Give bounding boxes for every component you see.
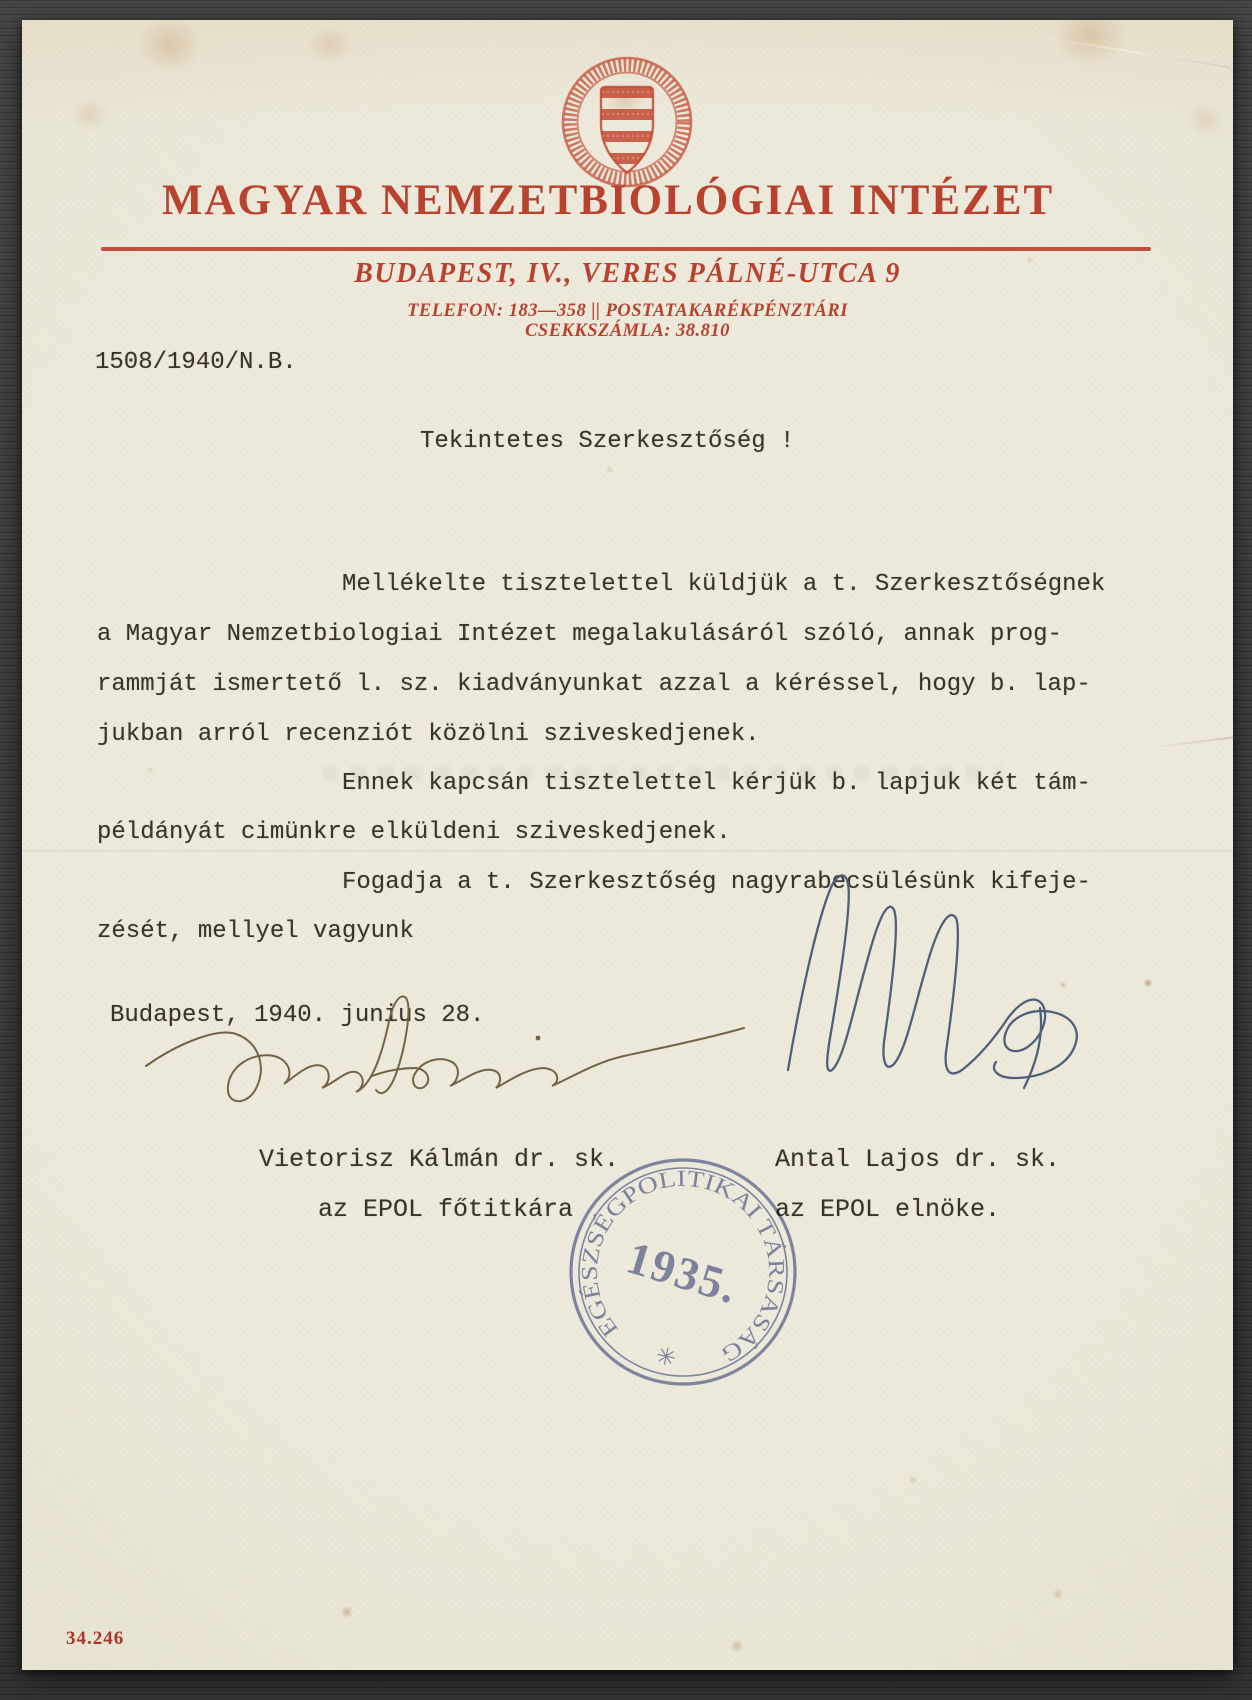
signature-left-handwriting xyxy=(140,970,760,1130)
body-line: Ennek kapcsán tisztelettel kérjük b. lap… xyxy=(342,770,1091,797)
signature-right-handwriting xyxy=(700,860,1100,1090)
signer-right-name: Antal Lajos dr. sk. xyxy=(775,1145,1060,1174)
stamp-star-icon: ✳ xyxy=(653,1341,678,1373)
archive-number: 34.246 xyxy=(66,1628,124,1650)
letterhead-rule xyxy=(101,247,1151,251)
edge-crease xyxy=(1140,736,1235,750)
salutation: Tekintetes Szerkesztőség ! xyxy=(420,428,794,455)
signer-left-title: az EPOL főtitkára xyxy=(318,1195,573,1224)
body-line: Mellékelte tisztelettel küldjük a t. Sze… xyxy=(342,571,1105,598)
organization-name: MAGYAR NEMZETBIOLÓGIAI INTÉZET xyxy=(22,176,1194,225)
letterhead-phone: TELEFON: 183—358 || POSTATAKARÉKPÉNZTÁRI xyxy=(22,301,1233,322)
stamp-year-text: 1935. xyxy=(621,1232,744,1314)
letterhead-address: BUDAPEST, IV., VERES PÁLNÉ-UTCA 9 xyxy=(22,258,1233,290)
body-line: jukban arról recenziót közölni szivesked… xyxy=(97,721,760,748)
body-line: zését, mellyel vagyunk xyxy=(97,918,414,945)
signer-right-title: az EPOL elnöke. xyxy=(775,1195,1000,1224)
letterhead-account: CSEKKSZÁMLA: 38.810 xyxy=(22,321,1233,342)
body-line: példányát cimünkre elküldeni sziveskedje… xyxy=(97,819,731,846)
letter-paper: MAGYAR NEMZETBIOLÓGIAI INTÉZET BUDAPEST,… xyxy=(22,20,1233,1670)
scanned-letter-photo: MAGYAR NEMZETBIOLÓGIAI INTÉZET BUDAPEST,… xyxy=(0,0,1252,1700)
coat-of-arms-seal-icon xyxy=(557,52,697,192)
fold-crease xyxy=(22,850,1233,854)
society-rubber-stamp: EGÉSZSÉGPOLITIKAI TÁRSASÁG 1935. ✳ xyxy=(563,1152,803,1392)
reference-number: 1508/1940/N.B. xyxy=(95,349,297,376)
body-line: rammját ismertető l. sz. kiadványunkat a… xyxy=(97,671,1091,698)
body-line: a Magyar Nemzetbiologiai Intézet megalak… xyxy=(97,621,1062,648)
corner-crease xyxy=(1023,34,1231,69)
